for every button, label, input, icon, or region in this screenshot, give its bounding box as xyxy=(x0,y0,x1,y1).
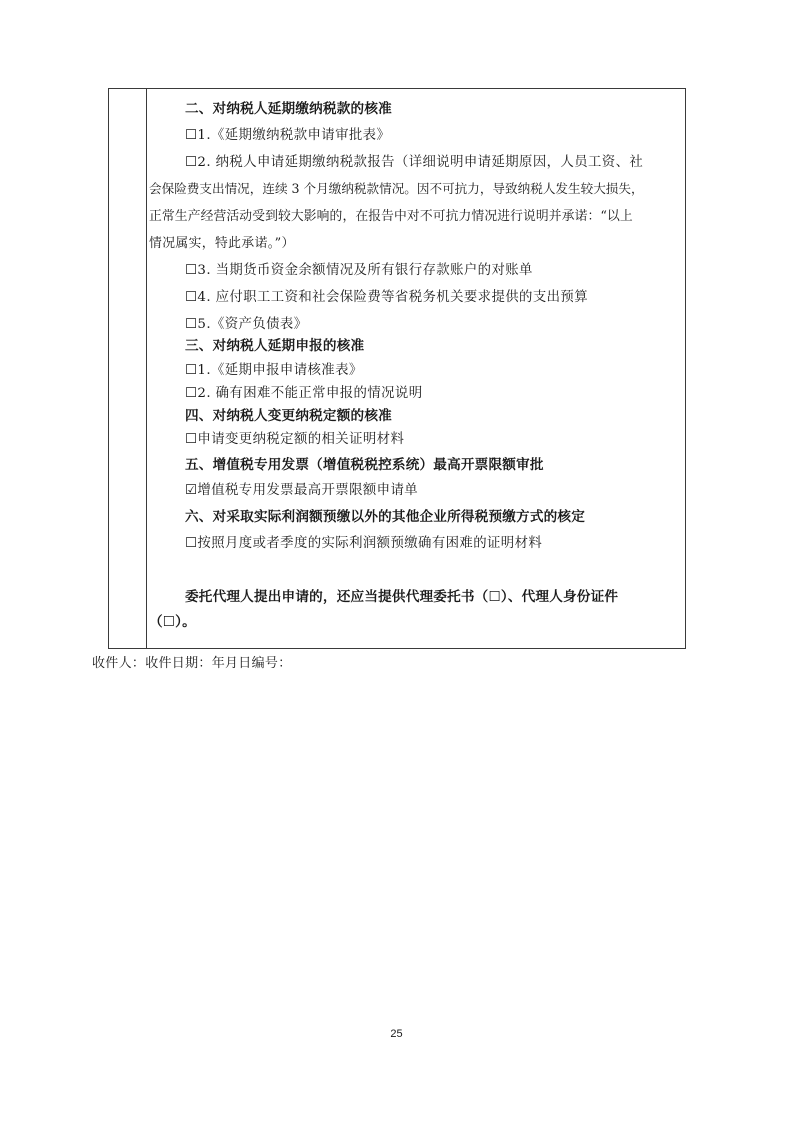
checkbox-item-checked[interactable]: ☑增值税专用发票最高开票限额申请单 xyxy=(149,479,679,498)
receipt-info: 收件人：收件日期：年月日编号： xyxy=(92,652,292,671)
checkbox-item[interactable]: ☐1.《延期缴纳税款申请审批表》 xyxy=(149,124,679,143)
checkbox-item[interactable]: ☐申请变更纳税定额的相关证明材料 xyxy=(149,428,679,447)
column-divider xyxy=(146,89,147,648)
checkbox-item[interactable]: ☐按照月度或者季度的实际利润额预缴确有困难的证明材料 xyxy=(149,532,679,551)
item-text-continued: 情况属实，特此承诺。”） xyxy=(149,232,679,251)
checkbox-item[interactable]: ☐2. 确有困难不能正常申报的情况说明 xyxy=(149,382,679,401)
section-heading-deferred-payment: 二、对纳税人延期缴纳税款的核准 xyxy=(149,97,679,117)
agent-note-continued: （☐）。 xyxy=(149,610,679,630)
agent-note: 委托代理人提出申请的，还应当提供代理委托书（☐）、代理人身份证件 xyxy=(149,585,679,605)
section-heading-prepayment-method: 六、对采取实际利润额预缴以外的其他企业所得税预缴方式的核定 xyxy=(149,505,679,525)
checkbox-item[interactable]: ☐3. 当期货币资金余额情况及所有银行存款账户的对账单 xyxy=(149,259,679,278)
checkbox-item[interactable]: ☐5.《资产负债表》 xyxy=(149,313,679,332)
checkbox-item[interactable]: ☐2. 纳税人申请延期缴纳税款报告（详细说明申请延期原因，人员工资、社 xyxy=(149,151,679,170)
materials-table: 二、对纳税人延期缴纳税款的核准 ☐1.《延期缴纳税款申请审批表》 ☐2. 纳税人… xyxy=(108,88,686,649)
item-text-continued: 正常生产经营活动受到较大影响的，在报告中对不可抗力情况进行说明并承诺：“以上 xyxy=(149,205,679,224)
section-heading-quota-change: 四、对纳税人变更纳税定额的核准 xyxy=(149,404,679,424)
item-text-continued: 会保险费支出情况，连续 3 个月缴纳税款情况。因不可抗力，导致纳税人发生较大损失… xyxy=(149,178,679,197)
section-heading-vat-invoice-limit: 五、增值税专用发票（增值税税控系统）最高开票限额审批 xyxy=(149,453,679,473)
checkbox-item[interactable]: ☐4. 应付职工工资和社会保险费等省税务机关要求提供的支出预算 xyxy=(149,286,679,305)
checkbox-item[interactable]: ☐1.《延期申报申请核准表》 xyxy=(149,359,679,378)
page-number: 25 xyxy=(0,1028,793,1040)
section-heading-deferred-filing: 三、对纳税人延期申报的核准 xyxy=(149,334,679,354)
